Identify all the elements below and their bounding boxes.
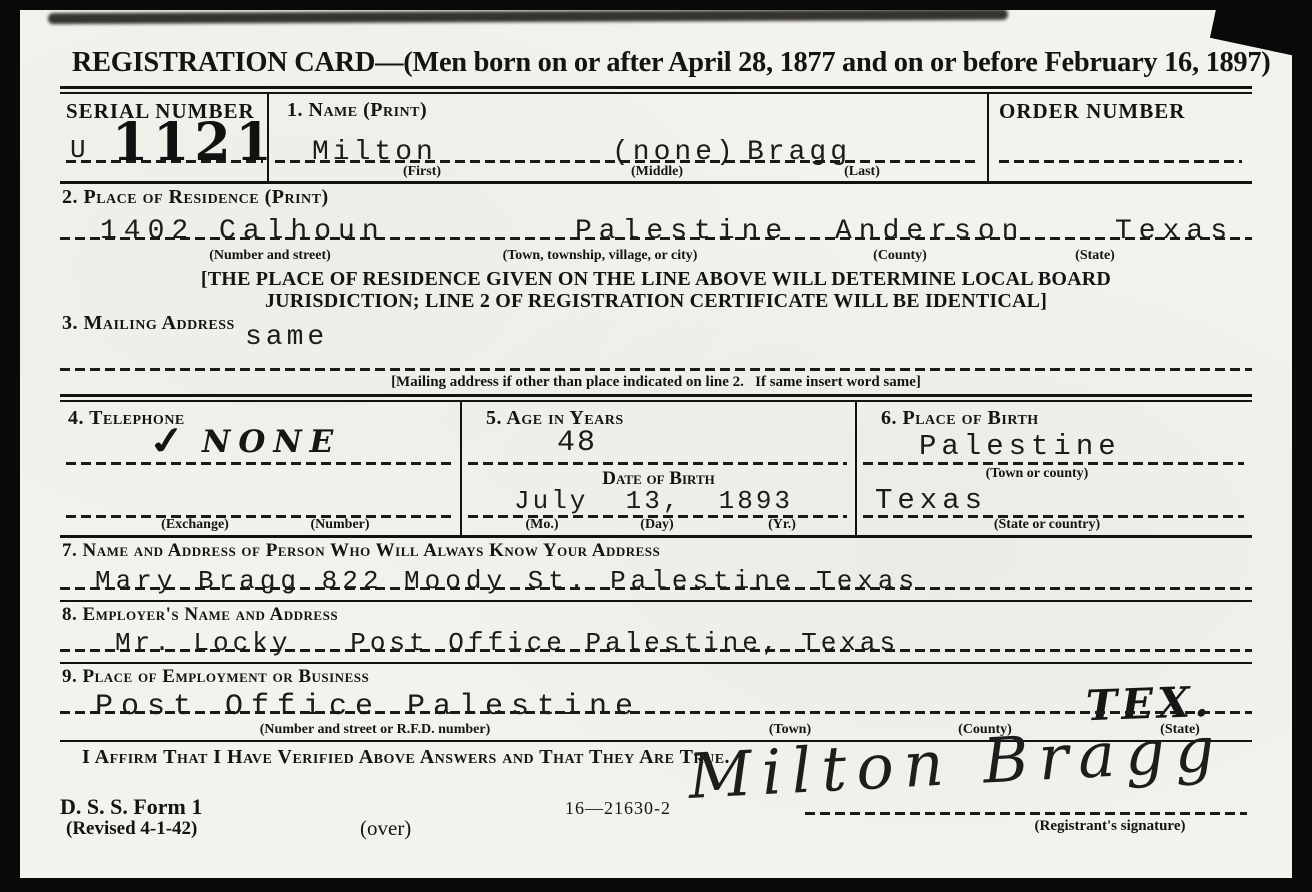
order-number-box: ORDER NUMBER <box>987 94 1252 181</box>
mailing-label: 3. Mailing Address <box>62 312 235 335</box>
county-sublabel: (County) <box>873 248 927 264</box>
month-sublabel: (Mo.) <box>525 517 558 533</box>
divider-double <box>60 86 1252 94</box>
mailing-section: 3. Mailing Address same [Mailing address… <box>60 312 1252 394</box>
dashed-line <box>66 462 452 465</box>
residence-section: 2. Place of Residence (Print) 1402 Calho… <box>60 184 1252 266</box>
serial-number-value: 1121 <box>112 112 277 173</box>
name-label: 1. Name (Print) <box>269 94 987 122</box>
divider-double <box>60 394 1252 402</box>
form-revision: (Revised 4-1-42) <box>66 818 197 840</box>
day-sublabel: (Day) <box>640 517 673 533</box>
middle-sublabel: (Middle) <box>631 164 683 180</box>
dashed-line <box>60 711 1252 714</box>
last-sublabel: (Last) <box>844 164 880 180</box>
top-row: SERIAL NUMBER U 1121 1. Name (Print) Mil… <box>60 94 1252 184</box>
dashed-line <box>468 462 847 465</box>
first-sublabel: (First) <box>403 164 441 180</box>
state-sublabel: (State) <box>1075 248 1115 264</box>
telephone-value: None <box>202 424 341 460</box>
telephone-box: 4. Telephone ✓ None (Exchange) (Number) <box>60 402 460 535</box>
number-sublabel: (Number) <box>310 517 369 533</box>
form-number: D. S. S. Form 1 <box>60 794 202 820</box>
signature-sublabel: (Registrant's signature) <box>920 818 1292 835</box>
jurisdiction-notice-line2: JURISDICTION; LINE 2 OF REGISTRATION CER… <box>60 290 1252 312</box>
employer-section: 8. Employer's Name and Address Mr. Locky… <box>60 602 1252 664</box>
residence-street-value: 1402 Calhoun <box>100 216 386 247</box>
contact-value: Mary Bragg 822 Moody St. Palestine Texas <box>95 566 919 596</box>
dashed-line <box>60 237 1252 240</box>
employer-value: Mr. Locky Post Office Palestine, Texas <box>115 628 899 658</box>
birthplace-label: 6. Place of Birth <box>857 402 1252 430</box>
employment-value: Post Office Palestine <box>95 690 641 724</box>
checkmark-icon: ✓ <box>145 417 189 465</box>
employer-label: 8. Employer's Name and Address <box>62 604 338 626</box>
dashed-line <box>66 160 263 163</box>
birthplace-box: 6. Place of Birth Palestine (Town or cou… <box>855 402 1252 535</box>
over-note: (over) <box>360 816 411 841</box>
employment-label: 9. Place of Employment or Business <box>62 666 369 688</box>
state-or-country-sublabel: (State or country) <box>994 517 1100 533</box>
dashed-line <box>66 515 452 518</box>
dashed-line <box>60 649 1252 652</box>
residence-county-value: Anderson <box>835 216 1025 247</box>
name-last-value: Bragg <box>747 137 851 168</box>
town-sublabel: (Town, township, village, or city) <box>503 248 698 264</box>
year-sublabel: (Yr.) <box>768 517 796 533</box>
street-rfd-sublabel: (Number and street or R.F.D. number) <box>260 722 490 738</box>
mailing-value: same <box>245 322 328 353</box>
card-title: REGISTRATION CARD—(Men born on or after … <box>72 46 1240 79</box>
age-value: 48 <box>557 426 597 460</box>
print-code: 16—21630-2 <box>565 798 671 819</box>
dashed-line <box>60 587 1252 590</box>
signature-line <box>805 812 1247 815</box>
card-content: REGISTRATION CARD—(Men born on or after … <box>60 32 1252 870</box>
residence-label: 2. Place of Residence (Print) <box>62 186 329 209</box>
dashed-line <box>999 160 1242 163</box>
registration-card: REGISTRATION CARD—(Men born on or after … <box>20 10 1292 878</box>
birth-state-value: Texas <box>875 484 987 517</box>
residence-town-value: Palestine <box>575 216 789 247</box>
mailing-note: [Mailing address if other than place ind… <box>60 374 1252 391</box>
jurisdiction-notice: [THE PLACE OF RESIDENCE GIVEN ON THE LIN… <box>60 266 1252 312</box>
order-number-label: ORDER NUMBER <box>989 94 1252 124</box>
age-label: 5. Age in Years <box>462 402 855 430</box>
middle-row: 4. Telephone ✓ None (Exchange) (Number) … <box>60 402 1252 538</box>
affirmation-statement: I Affirm That I Have Verified Above Answ… <box>82 746 730 769</box>
name-box: 1. Name (Print) Milton (none) Bragg (Fir… <box>267 94 987 181</box>
dashed-line <box>60 368 1252 371</box>
contact-section: 7. Name and Address of Person Who Will A… <box>60 538 1252 602</box>
contact-label: 7. Name and Address of Person Who Will A… <box>62 540 660 562</box>
jurisdiction-notice-line1: [THE PLACE OF RESIDENCE GIVEN ON THE LIN… <box>60 268 1252 290</box>
dashed-line <box>863 462 1244 465</box>
town-or-county-sublabel: (Town or county) <box>986 466 1089 482</box>
serial-number-box: SERIAL NUMBER U 1121 <box>60 94 267 181</box>
street-sublabel: (Number and street) <box>209 248 331 264</box>
date-of-birth-value: July 13, 1893 <box>514 486 793 516</box>
scan-smudge <box>48 10 1008 24</box>
dashed-line <box>275 160 975 163</box>
footer-section: I Affirm That I Have Verified Above Answ… <box>60 742 1252 870</box>
birth-town-value: Palestine <box>919 430 1121 463</box>
exchange-sublabel: (Exchange) <box>161 517 229 533</box>
residence-state-value: Texas <box>1115 216 1234 247</box>
age-box: 5. Age in Years 48 Date of Birth July 13… <box>460 402 855 535</box>
